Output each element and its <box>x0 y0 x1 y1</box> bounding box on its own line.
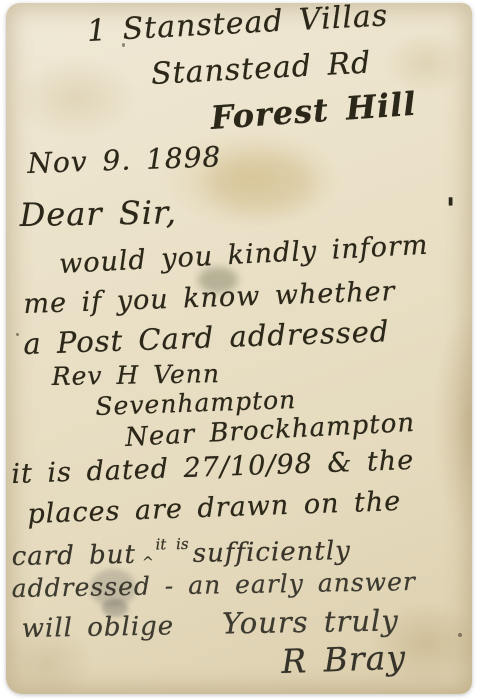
closing-phrase: Yours truly <box>222 603 399 640</box>
recipient-line-1: Rev H Venn <box>51 359 220 391</box>
letter-scan: 1 Stanstead Villas Stanstead Rd Forest H… <box>0 0 479 700</box>
date-line: Nov 9. 1898 <box>27 140 222 180</box>
address-line-1: 1 Stanstead Villas <box>86 0 389 49</box>
body-line-8: will obligeYours truly <box>21 603 399 644</box>
handwriting-layer: 1 Stanstead Villas Stanstead Rd Forest H… <box>0 0 479 700</box>
body-line-7: addressed - an early answer <box>11 567 416 603</box>
insertion-caret: ^ <box>142 555 155 571</box>
body-line-1: would you kindly inform <box>58 230 429 280</box>
salutation-line: Dear Sir, <box>19 193 177 234</box>
body-line-5: places are drawn on the <box>27 486 402 530</box>
body-line-4: it is dated 27/10/98 & the <box>11 445 415 490</box>
body-line-6-start: card but <box>11 540 136 572</box>
body-line-6: card but^it issufficiently <box>11 532 351 573</box>
signature: R Bray <box>281 638 407 681</box>
address-line-3: Forest Hill <box>209 85 417 137</box>
interlinear-insertion: it is <box>155 535 188 554</box>
body-line-2: me if you know whether <box>23 276 396 320</box>
stray-ink-mark: ' <box>446 192 456 227</box>
body-line-3: a Post Card addressed <box>23 314 390 361</box>
body-line-8-start: will oblige <box>21 611 174 644</box>
body-line-6-end: sufficiently <box>193 536 352 569</box>
address-line-2: Stanstead Rd <box>150 46 372 92</box>
